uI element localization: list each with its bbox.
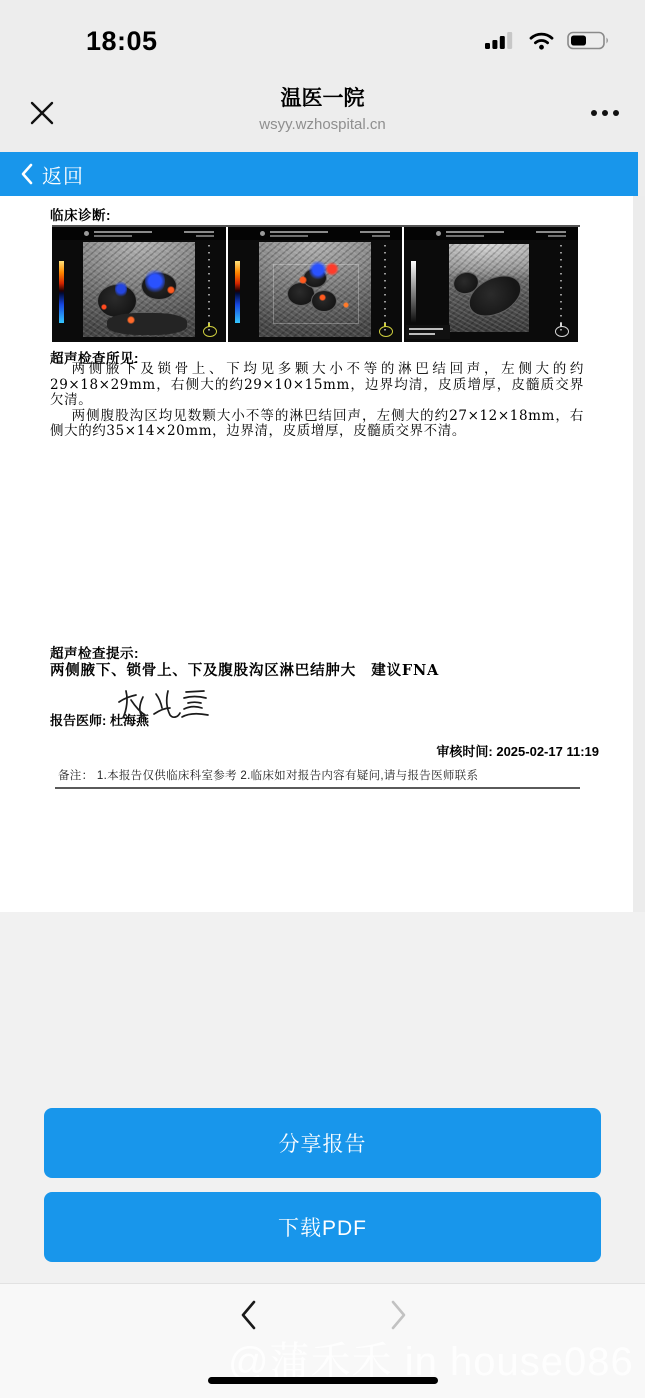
findings-text: 两侧腋下及锁骨上、下均见多颗大小不等的淋巴结回声，左侧大的约29×18×29mm… <box>50 362 584 440</box>
depth-ruler <box>560 245 562 333</box>
cellular-signal-icon <box>485 31 516 56</box>
report-note: 备注： 1.本报告仅供临床科室参考 2.临床如对报告内容有疑问,请与报告医师联系 <box>58 767 478 783</box>
ultrasound-image-2 <box>228 227 402 342</box>
doppler-color-scale <box>235 261 240 323</box>
report-divider <box>55 787 580 789</box>
battery-icon <box>567 30 611 56</box>
share-report-button[interactable]: 分享报告 <box>44 1108 601 1178</box>
doctor-label: 报告医师: <box>50 713 106 728</box>
ultrasound-image-1 <box>52 227 226 342</box>
doctor-signature <box>116 684 212 731</box>
phone-screen: 18:05 <box>0 0 645 1398</box>
download-pdf-button[interactable]: 下载PDF <box>44 1192 601 1262</box>
findings-paragraph: 两侧腋下及锁骨上、下均见多颗大小不等的淋巴结回声，左侧大的约29×18×29mm… <box>50 362 584 409</box>
report-document: 临床诊断: <box>0 196 633 912</box>
more-menu-button[interactable] <box>591 110 619 116</box>
review-time-label: 审核时间: <box>436 744 492 759</box>
review-time-row: 审核时间: 2025-02-17 11:19 <box>436 741 599 760</box>
depth-ruler <box>384 245 386 333</box>
review-time-value: 2025-02-17 11:19 <box>496 744 599 759</box>
page-title: 温医一院 <box>120 84 525 114</box>
chevron-left-icon <box>20 163 33 185</box>
doppler-color-scale <box>59 261 64 323</box>
findings-paragraph: 两侧腹股沟区均见数颗大小不等的淋巴结回声，左侧大的约27×12×18mm，右侧大… <box>50 409 584 440</box>
body-marker-icon <box>203 326 217 337</box>
ultrasound-image-strip <box>52 225 580 342</box>
status-icons <box>485 30 611 56</box>
home-indicator <box>208 1377 438 1384</box>
back-button-label: 返回 <box>42 160 84 189</box>
body-marker-icon <box>379 326 393 337</box>
grayscale-bar <box>411 261 416 323</box>
browser-header: 温医一院 wsyy.wzhospital.cn <box>120 84 525 136</box>
back-button-bar[interactable]: 返回 <box>0 152 638 196</box>
chevron-right-icon <box>389 1299 407 1331</box>
body-marker-icon <box>555 326 569 337</box>
measurement-readout <box>406 325 450 339</box>
page-url: wsyy.wzhospital.cn <box>120 114 525 136</box>
report-right-gutter <box>633 196 645 912</box>
impression-text: 两侧腋下、锁骨上、下及腹股沟区淋巴结肿大 建议FNA <box>50 659 584 680</box>
clinical-diagnosis-label: 临床诊断: <box>50 204 111 224</box>
depth-ruler <box>208 245 210 333</box>
ultrasound-image-3 <box>404 227 578 342</box>
wifi-icon <box>528 31 555 56</box>
chevron-left-icon <box>239 1299 257 1331</box>
close-button[interactable] <box>28 99 56 127</box>
status-time: 18:05 <box>86 26 158 57</box>
